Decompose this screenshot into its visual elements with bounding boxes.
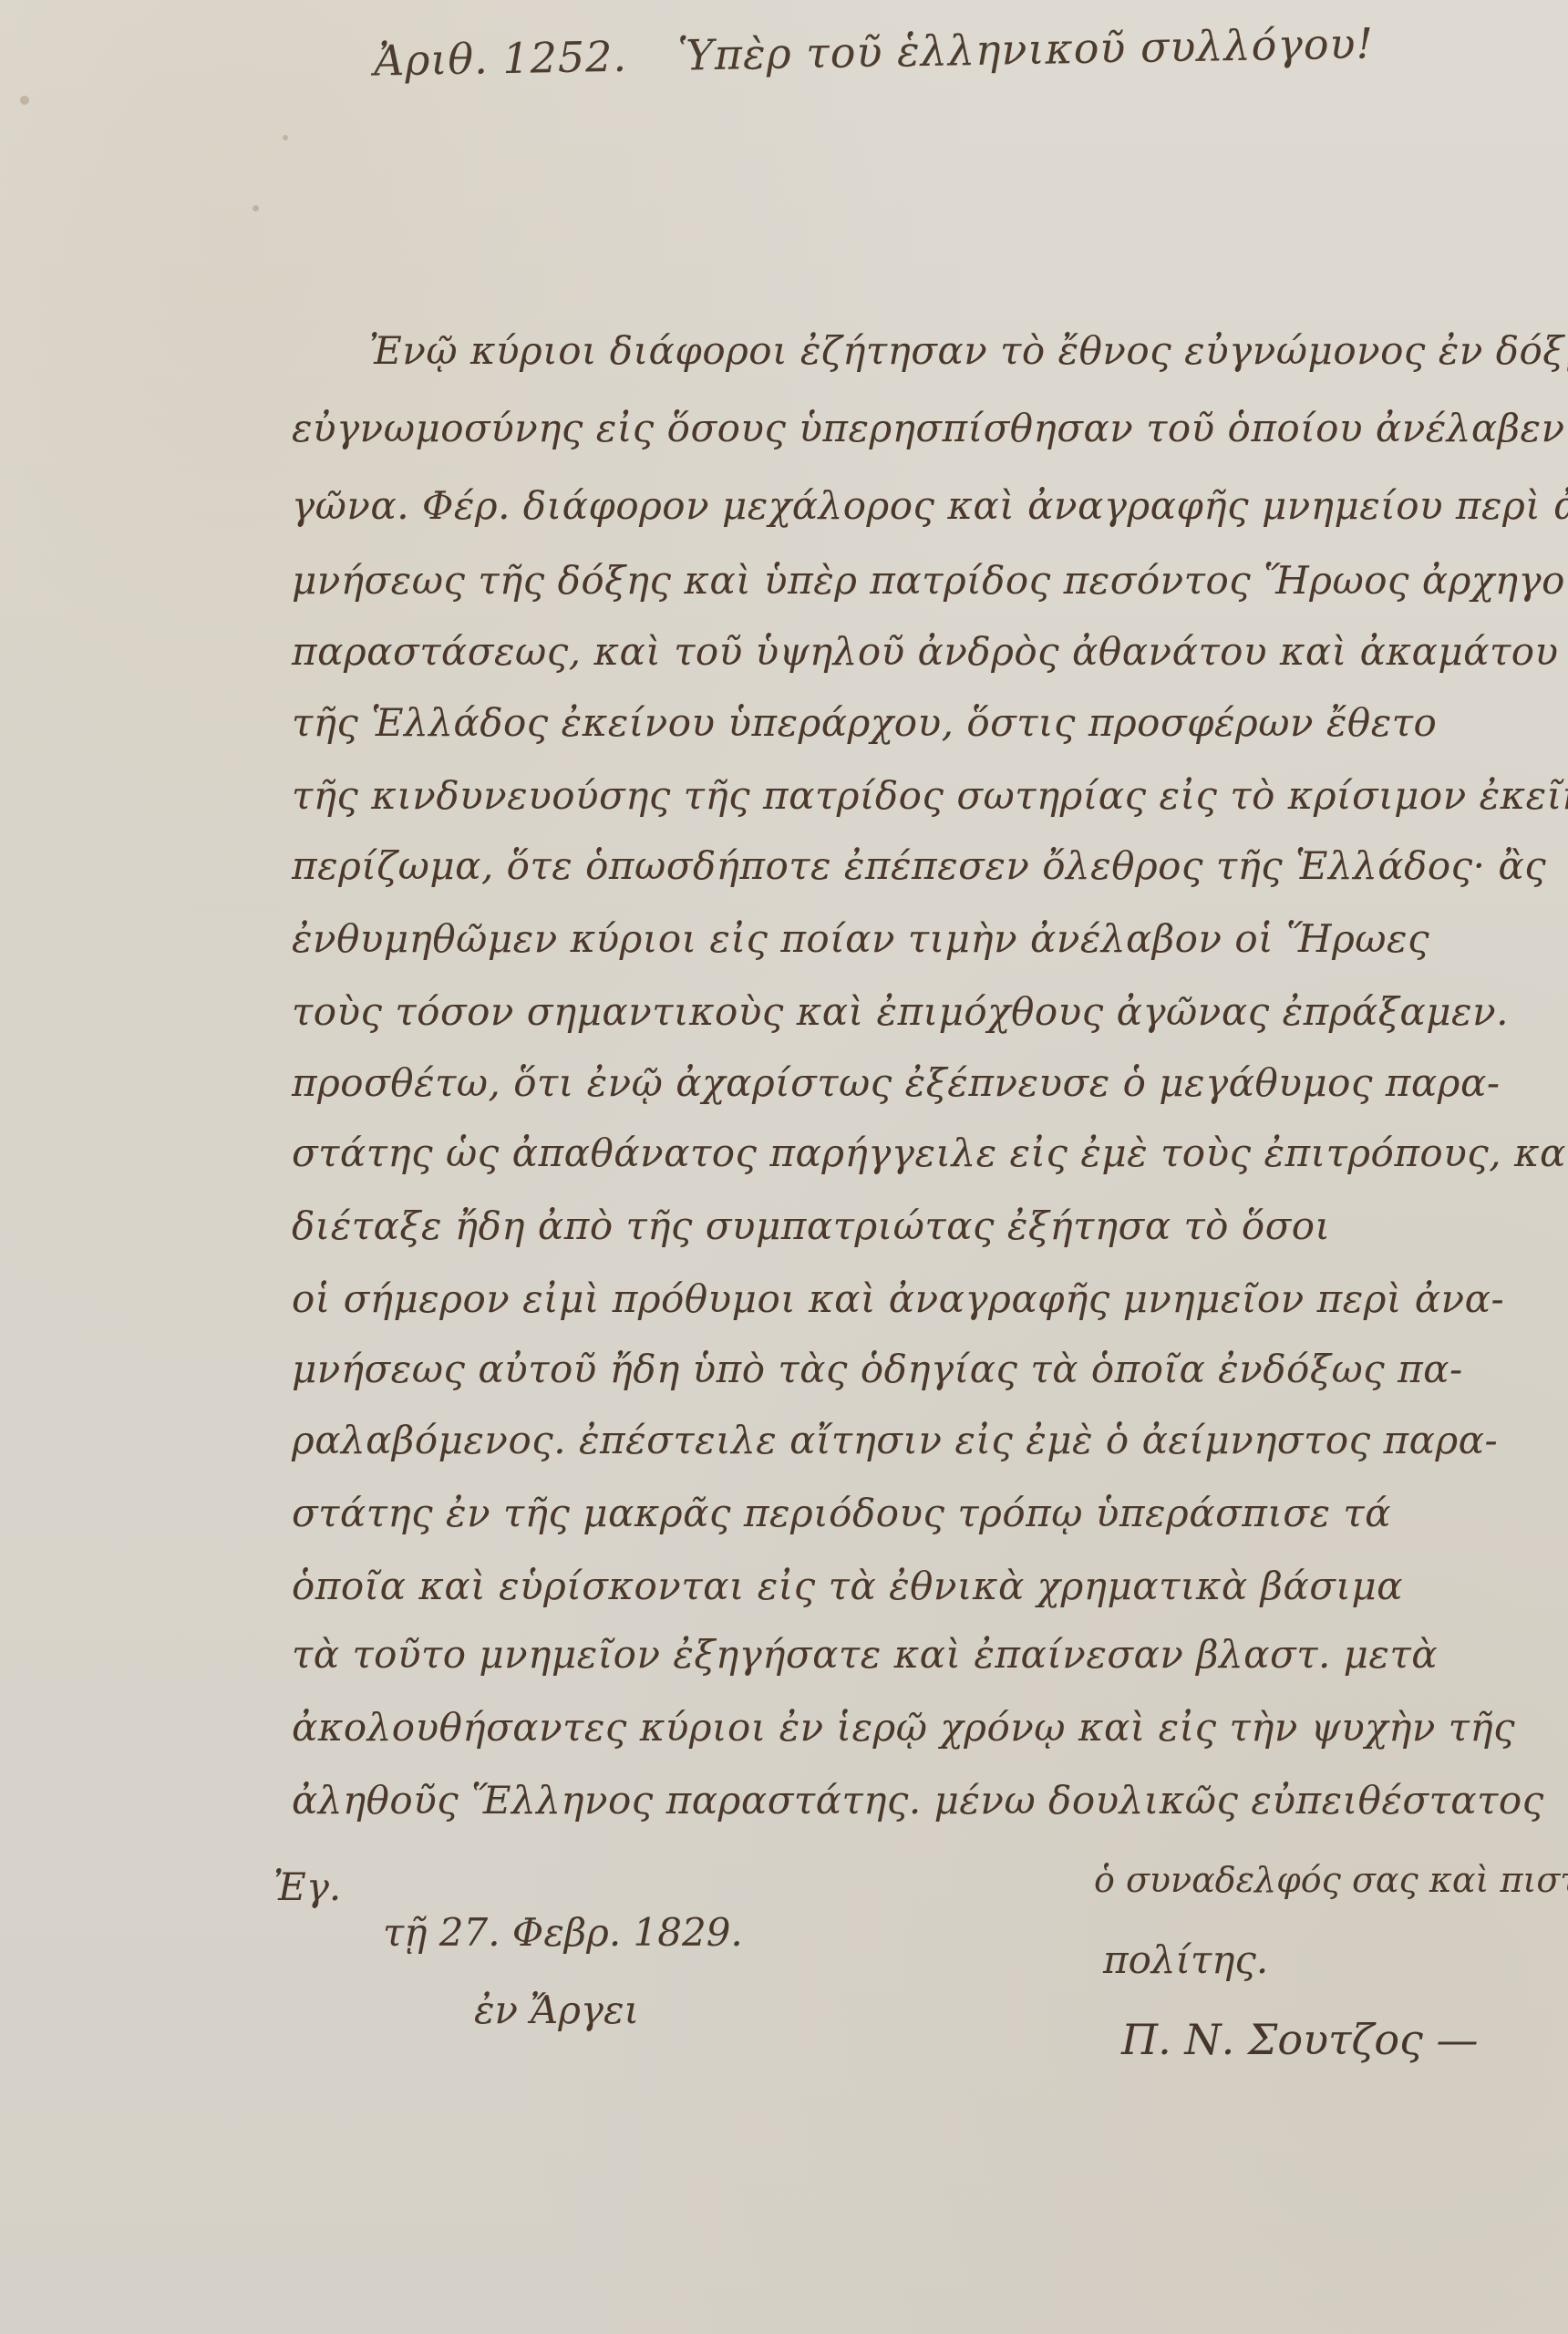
body-line: μνήσεως τῆς δόξης καὶ ὑπὲρ πατρίδος πεσό…: [292, 558, 1568, 603]
body-line: ὁποῖα καὶ εὑρίσκονται εἰς τὰ ἐθνικὰ χρημ…: [292, 1564, 1403, 1608]
body-line: παραστάσεως, καὶ τοῦ ὑψηλοῦ ἀνδρὸς ἀθανά…: [292, 629, 1559, 674]
body-line: στάτης ὡς ἀπαθάνατος παρήγγειλε εἰς ἐμὲ …: [292, 1131, 1568, 1175]
closing-mark: Ἐγ.: [273, 1864, 341, 1909]
body-line: περίζωμα, ὅτε ὁπωσδήποτε ἐπέπεσεν ὄλεθρο…: [292, 843, 1546, 888]
valediction-line-2: πολίτης.: [1103, 1937, 1268, 1982]
body-line: γῶνα. Φέρ. διάφορον μεχάλορος καὶ ἀναγρα…: [292, 483, 1568, 528]
body-line: ἐνθυμηθῶμεν κύριοι εἰς ποίαν τιμὴν ἀνέλα…: [292, 916, 1429, 961]
body-line: εὐγνωμοσύνης εἰς ὅσους ὑπερησπίσθησαν το…: [292, 406, 1568, 450]
signature: Π. Ν. Σουτζος —: [1121, 2015, 1479, 2064]
body-line: ἀληθοῦς Ἕλληνος παραστάτης. μένω δουλικῶ…: [292, 1778, 1544, 1823]
valediction-line-1: ὁ συναδελφός σας καὶ πιστὸς: [1094, 1860, 1568, 1900]
body-line: τῆς Ἑλλάδος ἐκείνου ὑπεράρχου, ὅστις προ…: [292, 700, 1437, 745]
reference-number: Ἀριθ. 1252.: [374, 32, 628, 86]
body-line: τὰ τοῦτο μνημεῖον ἐξηγήσατε καὶ ἐπαίνεσα…: [292, 1632, 1438, 1677]
paper-stain: [253, 205, 259, 212]
letter-place: ἐν Ἄργει: [474, 1988, 639, 2032]
body-line: διέταξε ἤδη ἀπὸ τῆς συμπατριώτας ἐξήτησα…: [292, 1203, 1331, 1248]
body-line: ραλαβόμενος. ἐπέστειλε αἴτησιν εἰς ἐμὲ ὁ…: [292, 1418, 1498, 1462]
heading-title: Ὑπὲρ τοῦ ἑλληνικοῦ συλλόγου!: [677, 18, 1374, 79]
body-line: προσθέτω, ὅτι ἐνῷ ἀχαρίστως ἐξέπνευσε ὁ …: [292, 1060, 1501, 1105]
letter-date: τῇ 27. Φεβρ. 1829.: [383, 1910, 743, 1955]
paper-stain: [283, 135, 288, 140]
body-line: τῆς κινδυνευούσης τῆς πατρίδος σωτηρίας …: [292, 773, 1568, 818]
body-line: τοὺς τόσον σημαντικοὺς καὶ ἐπιμόχθους ἀγ…: [292, 989, 1509, 1034]
body-line: στάτης ἐν τῆς μακρᾶς περιόδους τρόπῳ ὑπε…: [292, 1491, 1391, 1535]
body-line: Ἐνῷ κύριοι διάφοροι ἐζήτησαν τὸ ἔθνος εὐ…: [369, 328, 1568, 373]
letter-heading: Ἀριθ. 1252. Ὑπὲρ τοῦ ἑλληνικοῦ συλλόγου!: [374, 18, 1375, 85]
paper-stain: [20, 96, 29, 105]
body-line: οἱ σήμερον εἰμὶ πρόθυμοι καὶ ἀναγραφῆς μ…: [292, 1276, 1504, 1321]
body-line: μνήσεως αὐτοῦ ἤδη ὑπὸ τὰς ὁδηγίας τὰ ὁπο…: [292, 1347, 1463, 1391]
body-line: ἀκολουθήσαντες κύριοι ἐν ἱερῷ χρόνῳ καὶ …: [292, 1705, 1515, 1750]
manuscript-page: Ἀριθ. 1252. Ὑπὲρ τοῦ ἑλληνικοῦ συλλόγου!…: [0, 0, 1568, 2334]
